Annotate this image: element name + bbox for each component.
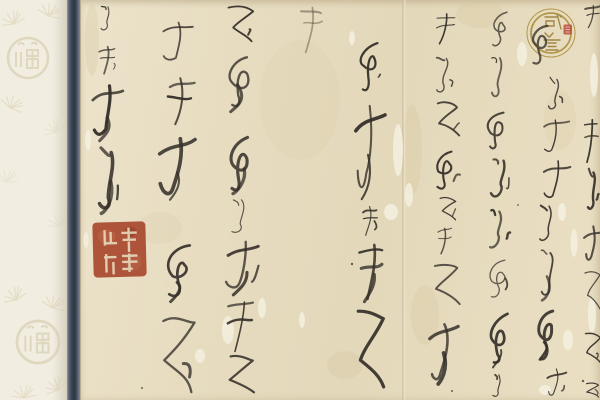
calligraphy-scroll-photo: YUJIAN — [0, 0, 600, 400]
calligraphy-column — [301, 8, 322, 53]
calligraphy-ink-columns — [0, 0, 600, 400]
calligraphy-column — [160, 23, 196, 393]
calligraphy-column — [533, 26, 570, 395]
calligraphy-column — [488, 12, 510, 396]
calligraphy-column — [430, 14, 460, 384]
calligraphy-column — [93, 7, 123, 214]
calligraphy-column — [226, 6, 258, 392]
calligraphy-column — [584, 6, 600, 397]
calligraphy-column — [356, 43, 385, 387]
